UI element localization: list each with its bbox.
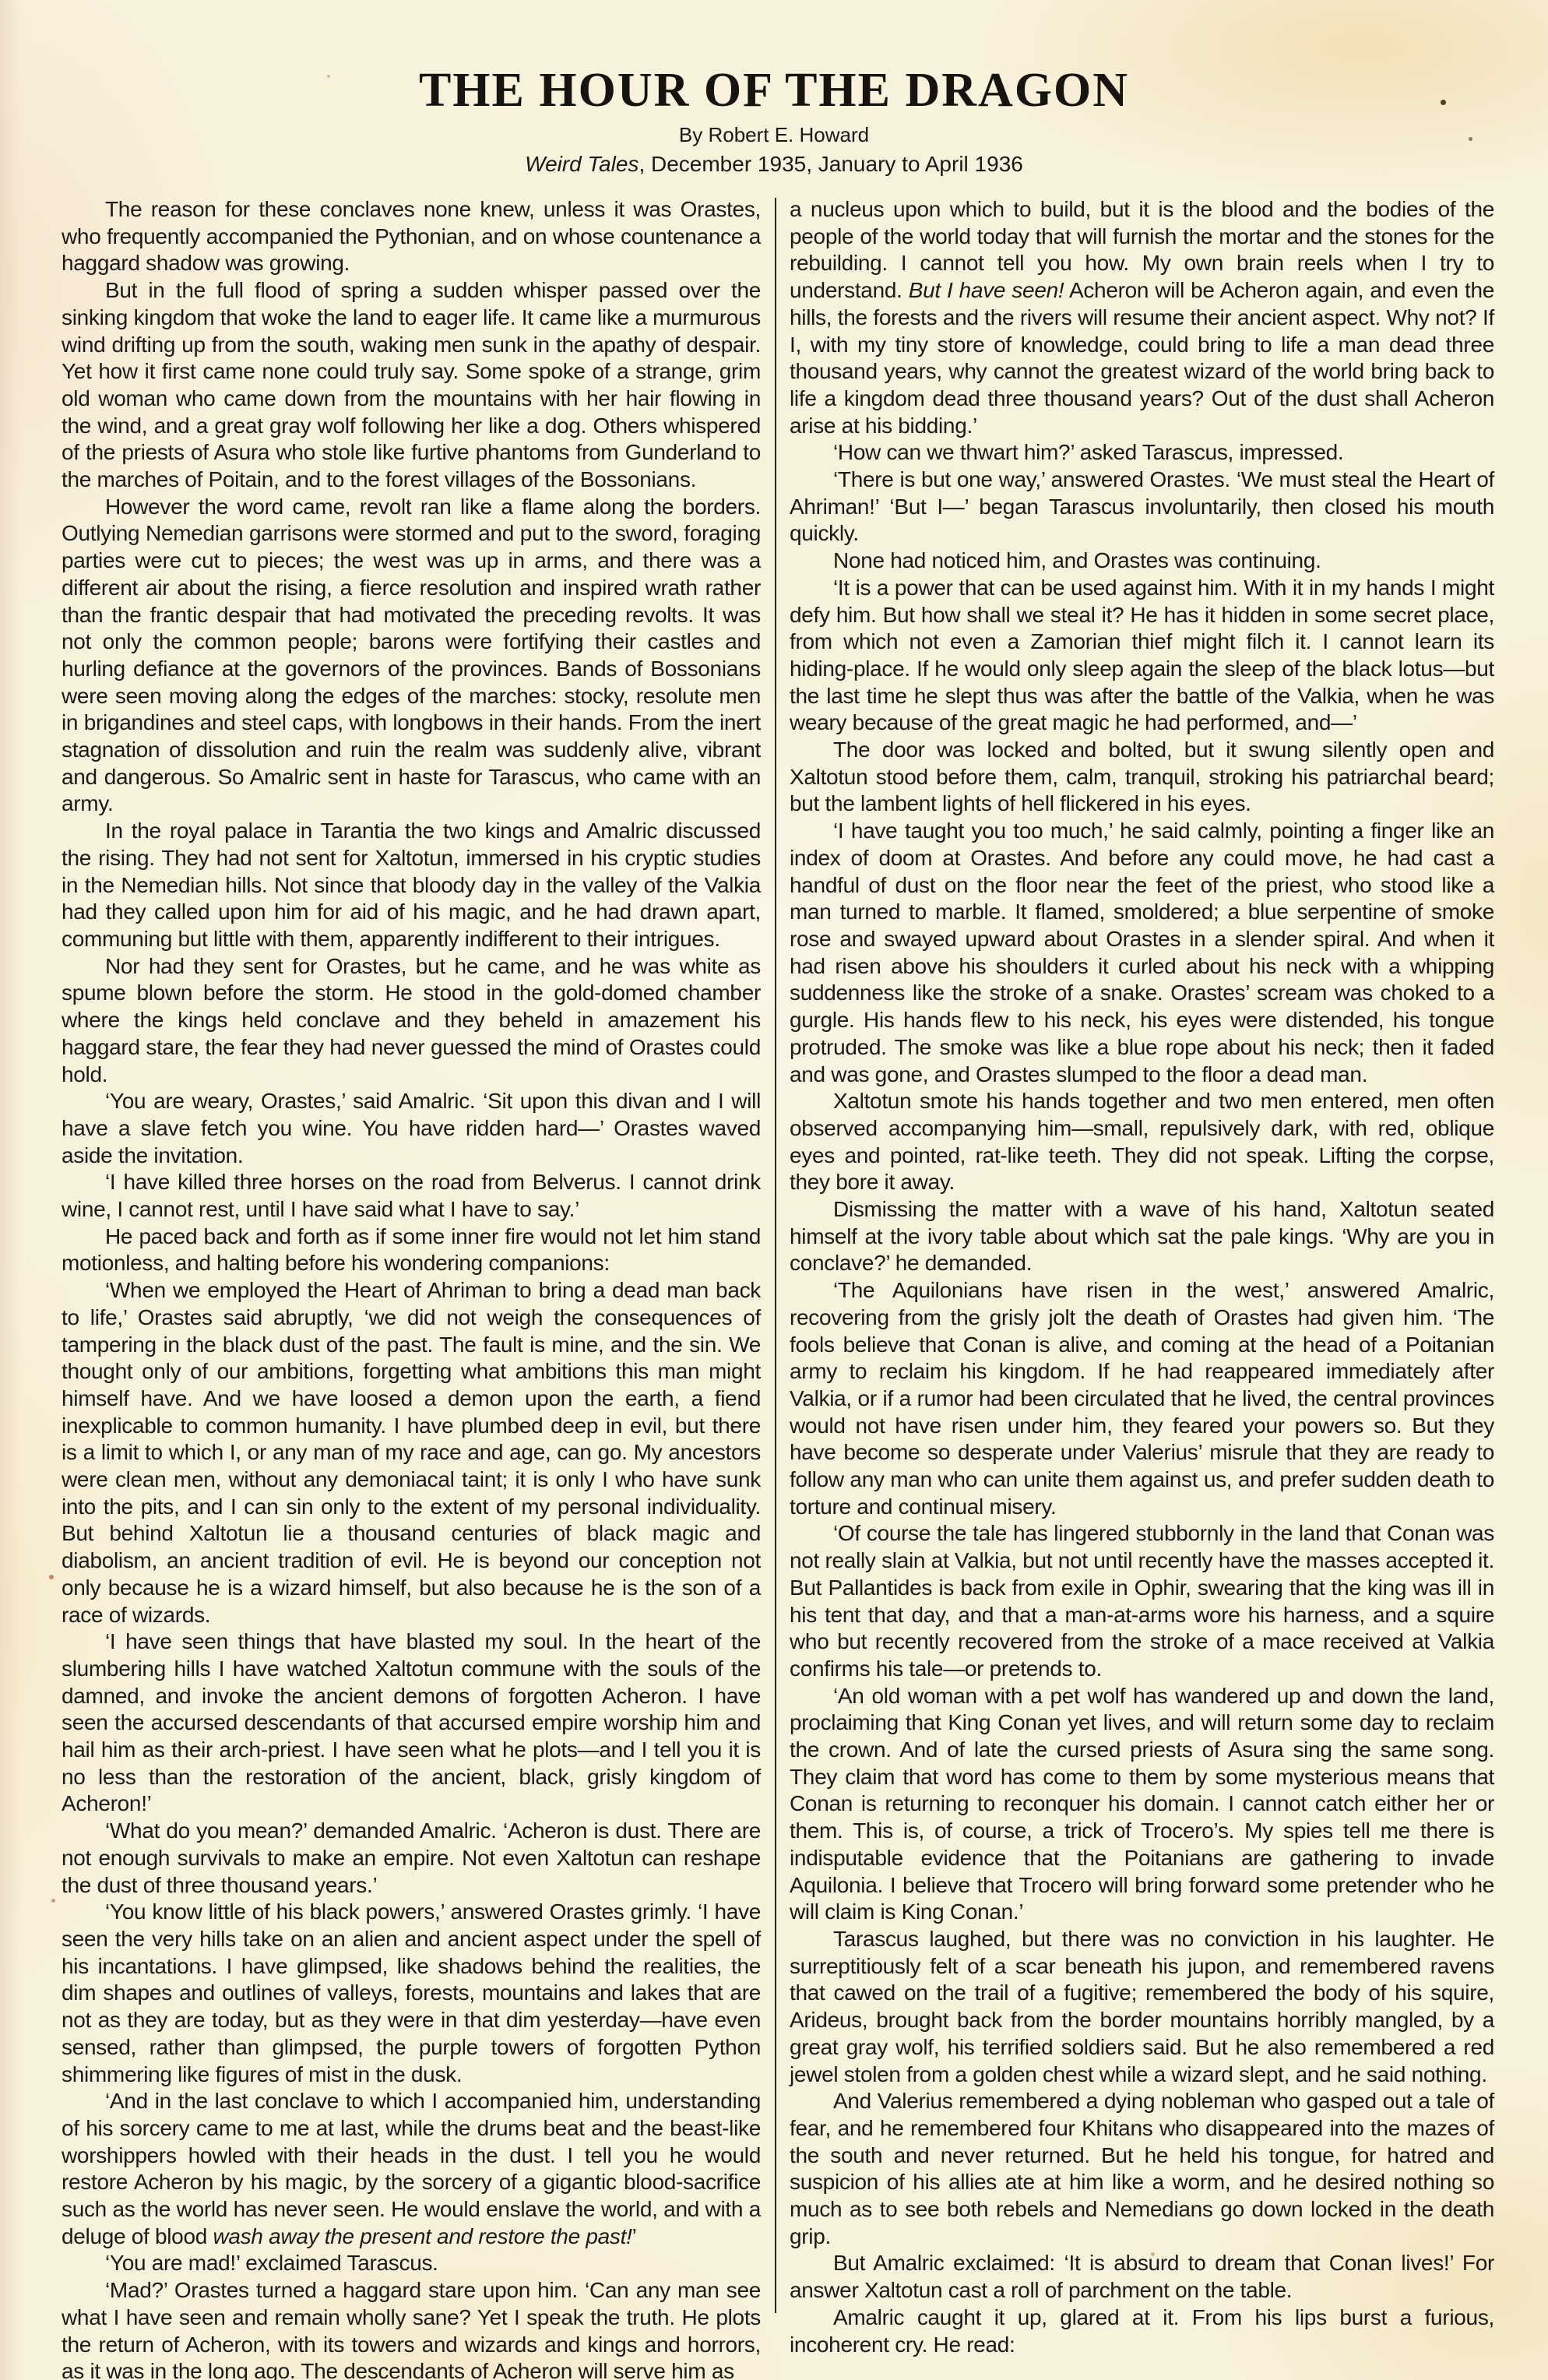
source-line: Weird Tales, December 1935, January to A… xyxy=(0,153,1548,177)
paragraph: ‘And in the last conclave to which I acc… xyxy=(62,2088,761,2250)
page-header: THE HOUR OF THE DRAGON By Robert E. Howa… xyxy=(0,0,1548,176)
paragraph: ‘When we employed the Heart of Ahriman t… xyxy=(62,1277,761,1628)
paragraph: ‘Of course the tale has lingered stubbor… xyxy=(790,1520,1494,1682)
paragraph: Dismissing the matter with a wave of his… xyxy=(790,1196,1494,1277)
paper-speck xyxy=(51,1899,55,1903)
column-right: a nucleus upon which to build, but it is… xyxy=(790,196,1494,2358)
paragraph: ‘You are weary, Orastes,’ said Amalric. … xyxy=(62,1088,761,1169)
paragraph: ‘You are mad!’ exclaimed Tarascus. xyxy=(62,2250,761,2277)
paragraph: He paced back and forth as if some inner… xyxy=(62,1223,761,1277)
page-title: THE HOUR OF THE DRAGON xyxy=(0,65,1548,116)
paragraph: None had noticed him, and Orastes was co… xyxy=(790,547,1494,575)
paragraph: The reason for these conclaves none knew… xyxy=(62,196,761,277)
column-left: The reason for these conclaves none knew… xyxy=(62,196,761,2380)
paragraph: But in the full flood of spring a sudden… xyxy=(62,277,761,494)
paragraph: In the royal palace in Tarantia the two … xyxy=(62,818,761,953)
source-dates: , December 1935, January to April 1936 xyxy=(639,152,1022,176)
text-columns: The reason for these conclaves none knew… xyxy=(62,196,1494,2380)
paragraph: ‘There is but one way,’ answered Orastes… xyxy=(790,466,1494,547)
paragraph: ‘Mad?’ Orastes turned a haggard stare up… xyxy=(62,2277,761,2380)
paragraph: ‘I have killed three horses on the road … xyxy=(62,1169,761,1223)
paragraph: ‘I have seen things that have blasted my… xyxy=(62,1628,761,1818)
column-divider-rule xyxy=(775,198,776,2313)
paragraph: However the word came, revolt ran like a… xyxy=(62,494,761,818)
paper-speck xyxy=(1469,137,1472,141)
paragraph: ‘What do you mean?’ demanded Amalric. ‘A… xyxy=(62,1818,761,1899)
paragraph: But Amalric exclaimed: ‘It is absurd to … xyxy=(790,2250,1494,2304)
paragraph: Nor had they sent for Orastes, but he ca… xyxy=(62,953,761,1089)
paragraph: ‘How can we thwart him?’ asked Tarascus,… xyxy=(790,439,1494,466)
source-publication: Weird Tales xyxy=(525,152,639,176)
book-page: THE HOUR OF THE DRAGON By Robert E. Howa… xyxy=(0,0,1548,2380)
byline: By Robert E. Howard xyxy=(0,124,1548,146)
paragraph: Amalric caught it up, glared at it. From… xyxy=(790,2304,1494,2358)
paper-speck xyxy=(327,75,330,78)
paragraph: ‘I have taught you too much,’ he said ca… xyxy=(790,818,1494,1088)
paragraph: a nucleus upon which to build, but it is… xyxy=(790,196,1494,439)
paragraph: ‘The Aquilonians have risen in the west,… xyxy=(790,1277,1494,1520)
paragraph: The door was locked and bolted, but it s… xyxy=(790,737,1494,818)
paper-speck xyxy=(1441,100,1446,105)
paragraph: Tarascus laughed, but there was no convi… xyxy=(790,1926,1494,2088)
paragraph: ‘An old woman with a pet wolf has wander… xyxy=(790,1683,1494,1926)
paragraph: ‘You know little of his black powers,’ a… xyxy=(62,1899,761,2088)
paragraph: ‘It is a power that can be used against … xyxy=(790,575,1494,737)
paragraph: And Valerius remembered a dying nobleman… xyxy=(790,2088,1494,2250)
paragraph: Xaltotun smote his hands together and tw… xyxy=(790,1088,1494,1196)
paper-speck xyxy=(49,1575,54,1579)
